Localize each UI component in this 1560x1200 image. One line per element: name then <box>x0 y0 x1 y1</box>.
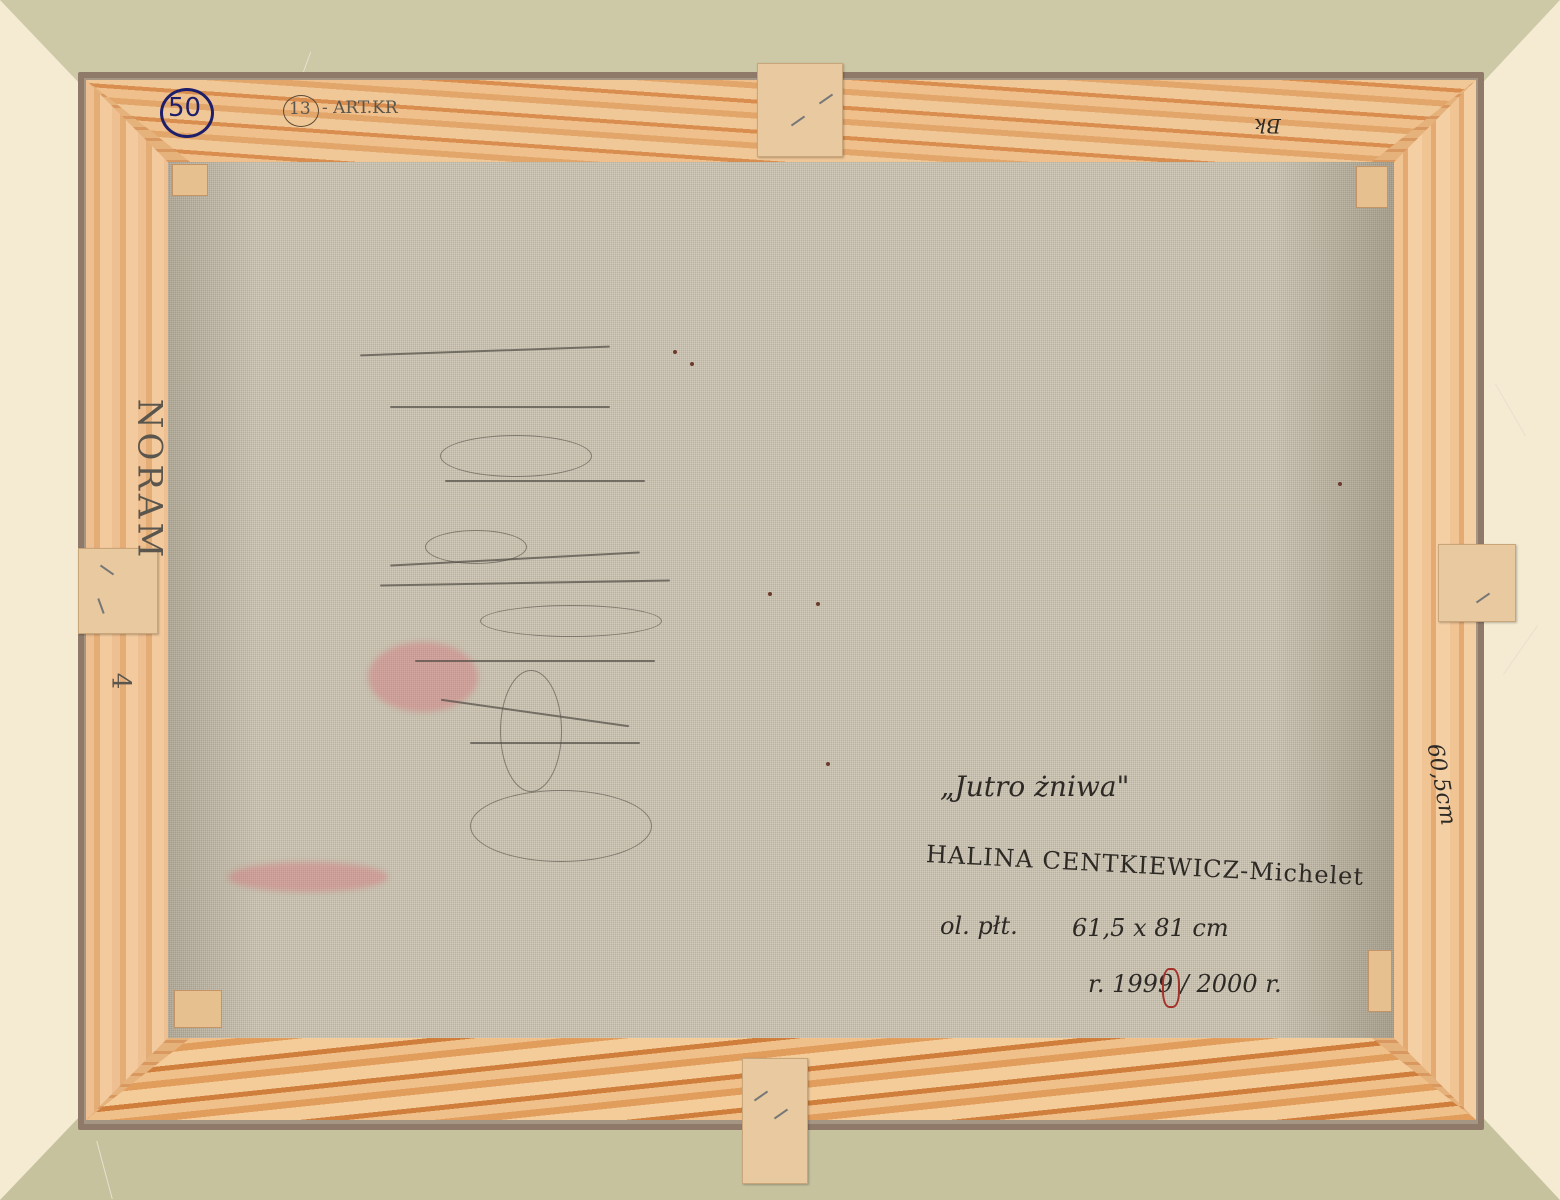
corner-key-top-right <box>1356 166 1388 208</box>
paint-speck <box>690 362 694 366</box>
staple <box>754 1091 768 1102</box>
top-right-mark: Bk <box>1254 114 1281 138</box>
signature-stroke <box>360 346 610 357</box>
art-kr-label: - ART.KR <box>322 98 398 118</box>
corner-key-bottom-left <box>174 990 222 1028</box>
staple <box>1476 593 1490 604</box>
medium-note: ol. płt. <box>940 912 1018 940</box>
staple <box>100 565 114 576</box>
signature-loop <box>500 670 562 792</box>
signature-loop <box>470 790 652 862</box>
staple <box>774 1109 788 1120</box>
pencil-signature-scrawl <box>360 330 660 890</box>
lot-number-50: 50 <box>168 93 201 123</box>
red-correction-mark <box>1162 968 1180 1008</box>
mount-left-bevel <box>0 0 90 1200</box>
signature-stroke <box>470 742 640 744</box>
staple <box>819 94 833 105</box>
paint-speck <box>1338 482 1342 486</box>
signature-loop <box>440 435 592 477</box>
staple <box>97 598 104 614</box>
paper-tab-top <box>757 63 843 157</box>
paint-speck <box>768 592 772 596</box>
painting-title: „Jutro żniwa" <box>940 770 1129 803</box>
paint-speck <box>826 762 830 766</box>
signature-stroke <box>445 480 645 482</box>
paint-speck <box>673 350 677 354</box>
paper-tab-right <box>1438 544 1516 622</box>
left-bar-pencil-name: NORAM <box>129 399 169 562</box>
signature-stroke <box>415 660 655 662</box>
canvas-shadow-left <box>168 162 258 1038</box>
linen-canvas-back <box>168 162 1394 1038</box>
paper-tab-bottom <box>742 1058 808 1184</box>
signature-stroke <box>390 406 610 408</box>
staple <box>791 116 805 127</box>
pencil-number-13: 13 <box>289 99 311 119</box>
year-note: r. 1999 / 2000 r. <box>1088 970 1282 998</box>
left-bar-number: 4 <box>105 673 135 690</box>
corner-key-bottom-right <box>1368 950 1392 1012</box>
paint-speck <box>816 602 820 606</box>
signature-loop <box>480 605 662 637</box>
corner-key-top-left <box>172 164 208 196</box>
dimensions-note: 61,5 x 81 cm <box>1072 914 1229 942</box>
canvas-shadow-right <box>1274 162 1394 1038</box>
signature-stroke <box>380 579 670 586</box>
